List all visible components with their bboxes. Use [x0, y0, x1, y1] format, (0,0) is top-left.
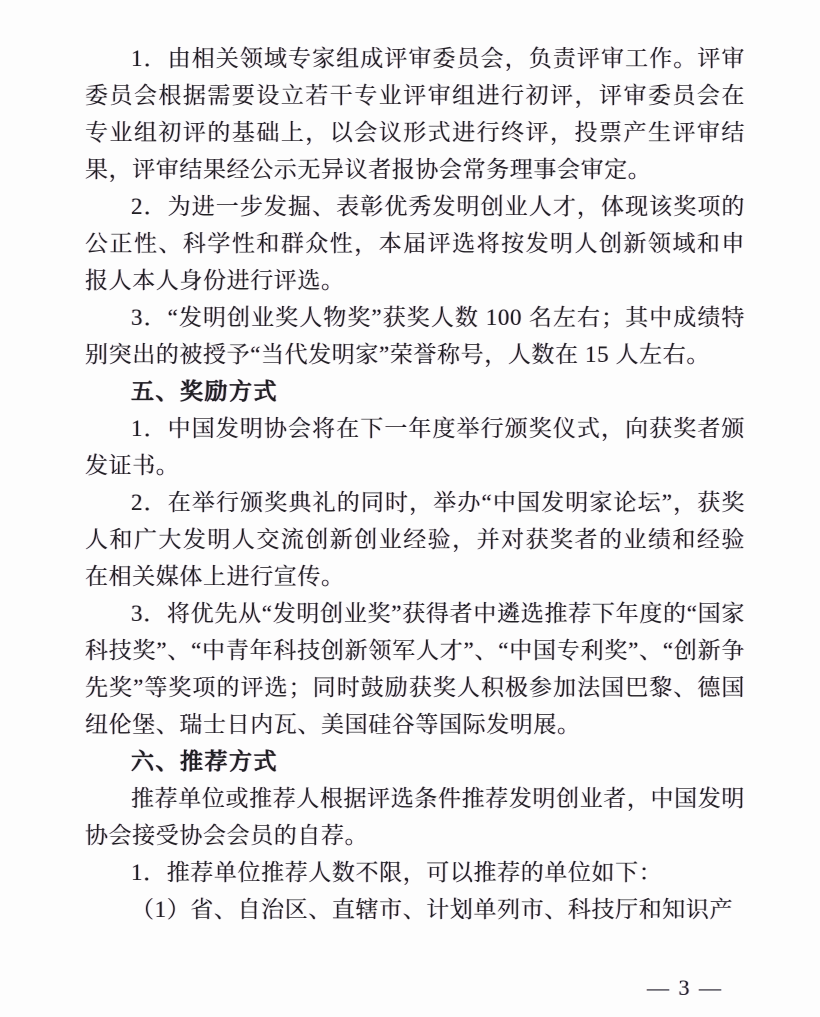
section-heading-recommend-method: 六、推荐方式: [85, 743, 745, 780]
paragraph-recommender-rule: 推荐单位或推荐人根据评选条件推荐发明创业者，中国发明协会接受协会会员的自荐。: [85, 780, 745, 854]
paragraph-recommend-unit-item1: （1）省、自治区、直辖市、计划单列市、科技厅和知识产: [85, 891, 745, 928]
paragraph-inventor-forum: 2．在举行颁奖典礼的同时，举办“中国发明家论坛”，获奖人和广大发明人交流创新创业…: [85, 484, 745, 595]
paragraph-winner-count: 3．“发明创业奖人物奖”获奖人数 100 名左右；其中成绩特别突出的被授予“当代…: [85, 299, 745, 373]
paragraph-award-ceremony: 1．中国发明协会将在下一年度举行颁奖仪式，向获奖者颁发证书。: [85, 410, 745, 484]
section-heading-reward-method: 五、奖励方式: [85, 373, 745, 410]
document-body: 1．由相关领域专家组成评审委员会，负责评审工作。评审委员会根据需要设立若干专业评…: [85, 40, 745, 928]
paragraph-priority-recommendation: 3．将优先从“发明创业奖”获得者中遴选推荐下年度的“国家科技奖”、“中青年科技创…: [85, 595, 745, 743]
page-number: — 3 —: [647, 975, 723, 1001]
document-page: 1．由相关领域专家组成评审委员会，负责评审工作。评审委员会根据需要设立若干专业评…: [0, 0, 820, 1017]
paragraph-review-committee: 1．由相关领域专家组成评审委员会，负责评审工作。评审委员会根据需要设立若干专业评…: [85, 40, 745, 188]
paragraph-selection-fairness: 2．为进一步发掘、表彰优秀发明创业人才，体现该奖项的公正性、科学性和群众性，本届…: [85, 188, 745, 299]
paragraph-recommend-unit-intro: 1．推荐单位推荐人数不限，可以推荐的单位如下：: [85, 854, 745, 891]
